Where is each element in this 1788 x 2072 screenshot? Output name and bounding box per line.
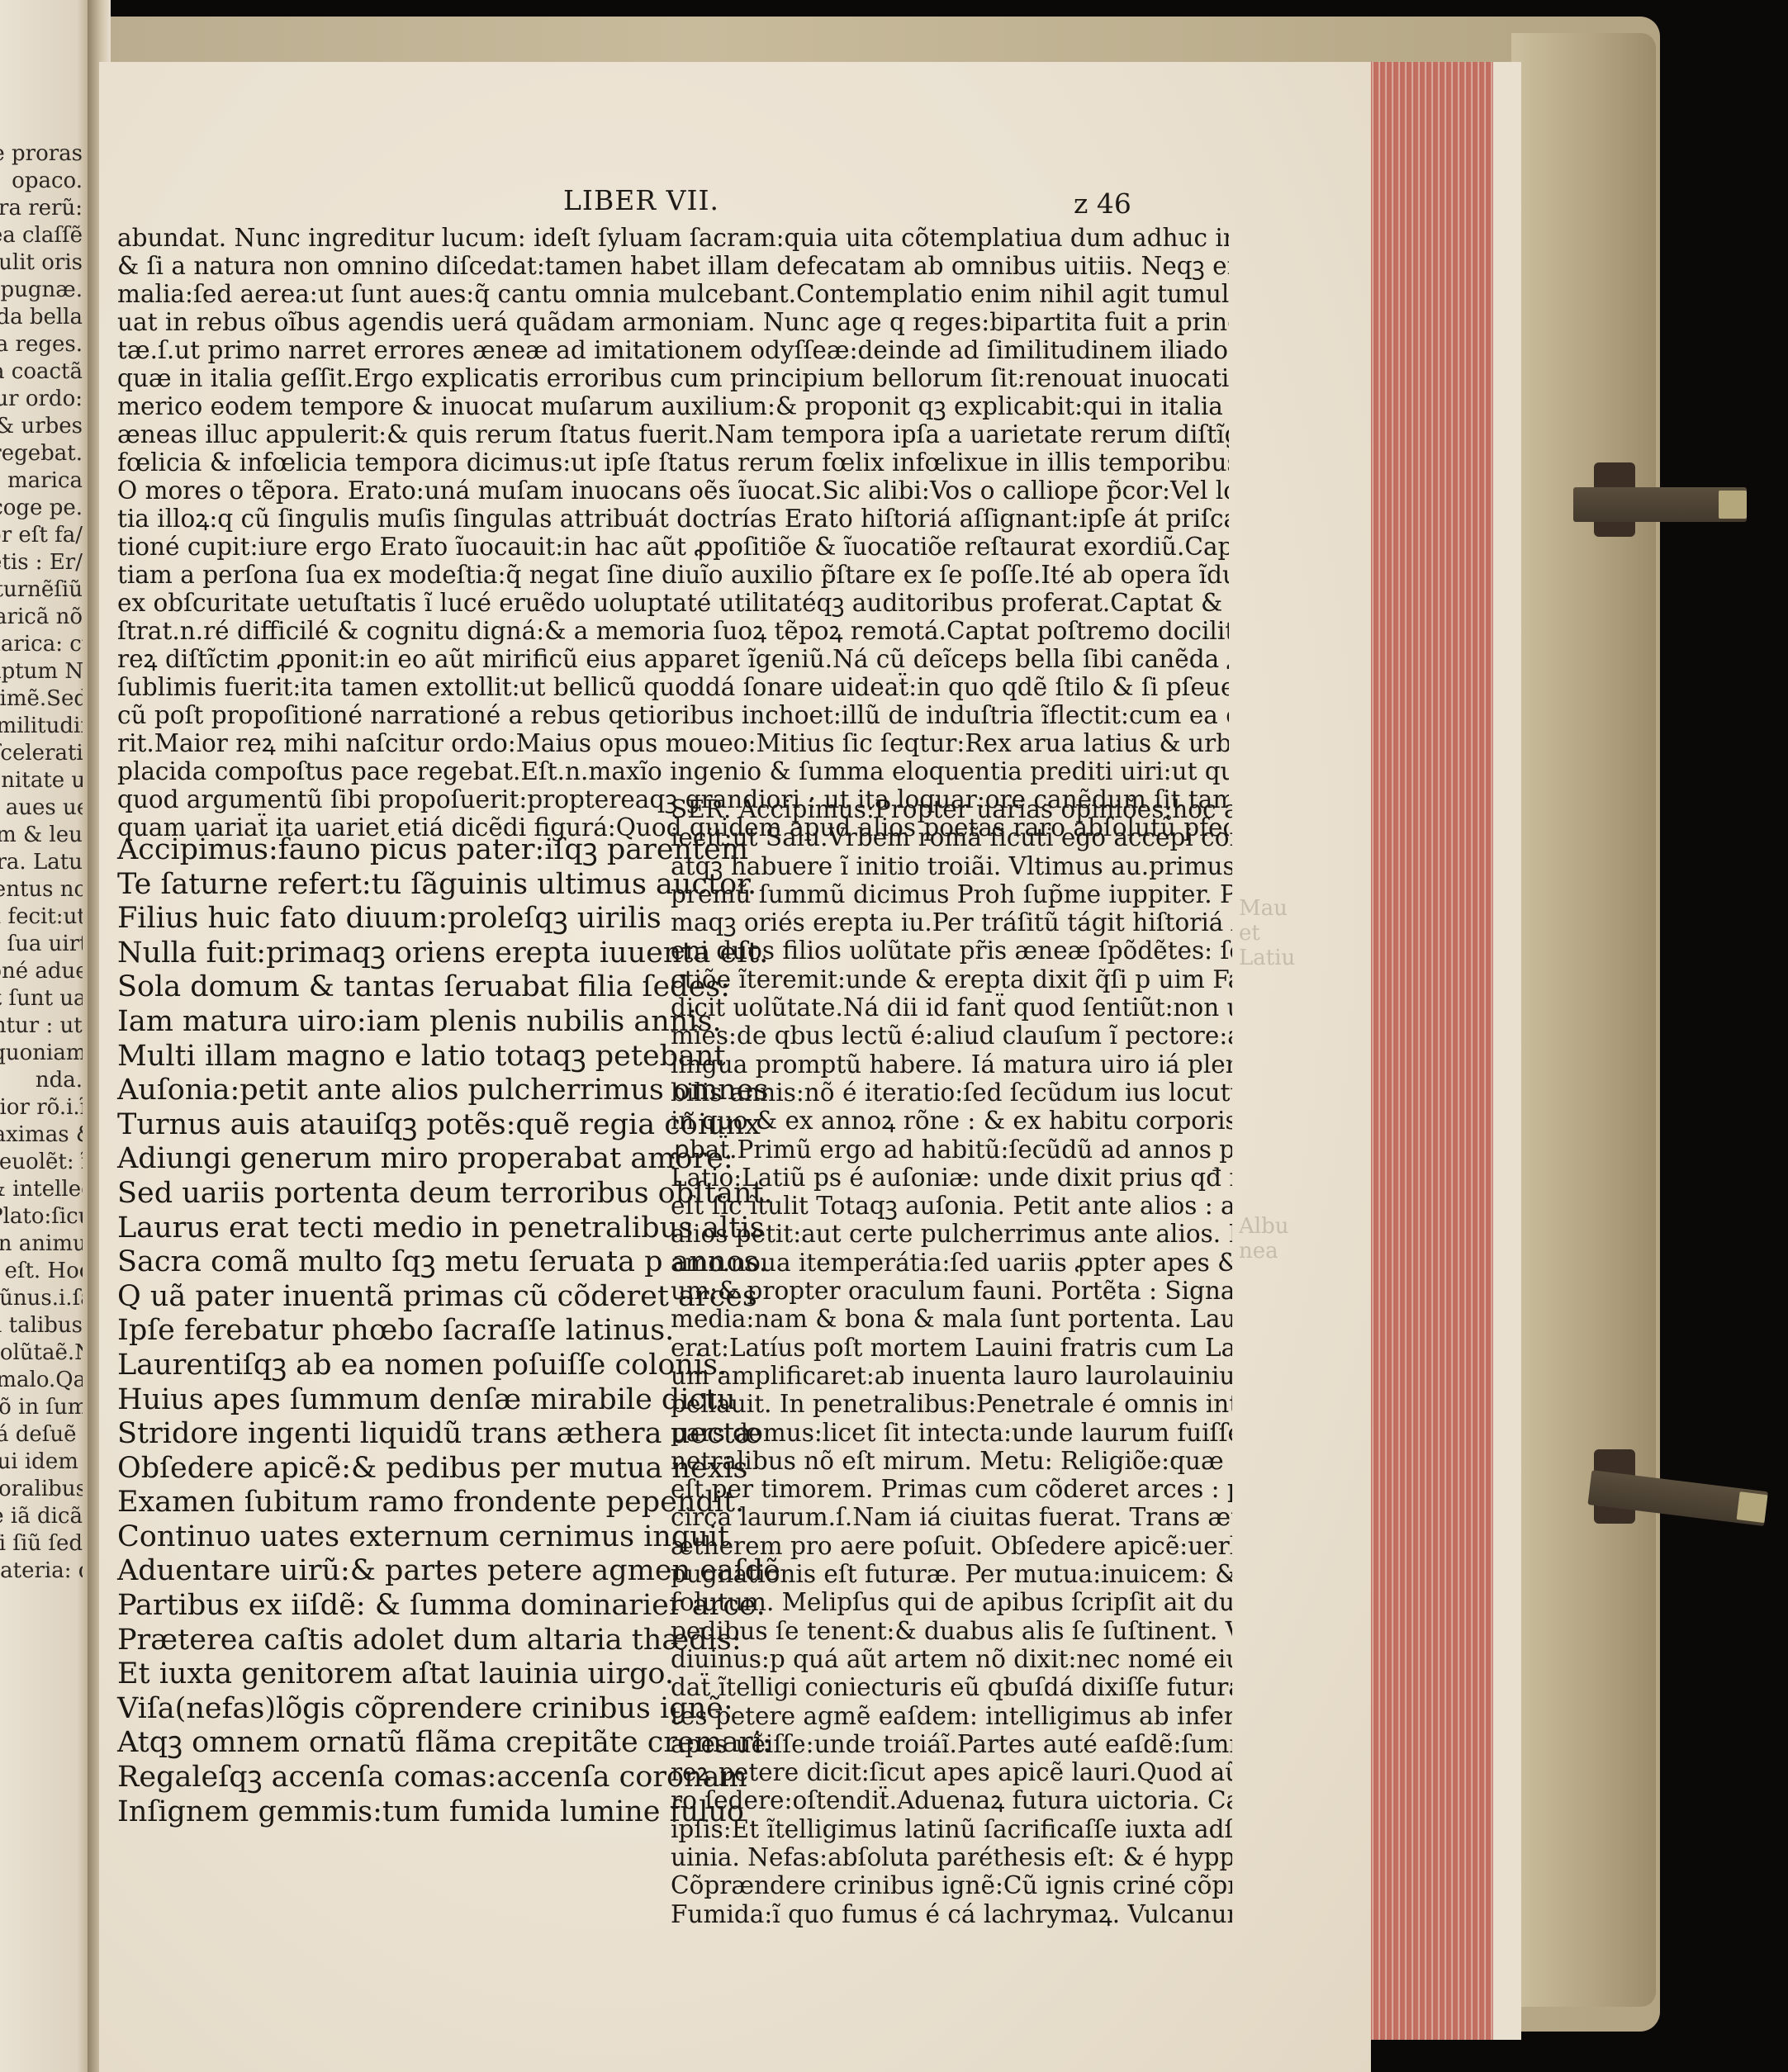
commentary-line: in quo & ex annoꝝ rõne : & ex habitu cor… [671, 1107, 1232, 1135]
facing-page-line: tis miturnẽſiũ [0, 576, 83, 604]
commentary-line: reꝝ diſtĩctim ꝓponit:in eo aũt mirificũ … [117, 645, 1229, 673]
verse-line: Ipſe ferebatur phœbo ſacraſſe latinus. [117, 1314, 679, 1349]
commentary-line: bilis annis:nõ é iteratio:ſed ſecũdum iu… [671, 1079, 1232, 1107]
facing-page-line: ityre coge pe. [0, 495, 83, 522]
verse-line: Iam matura uiro:iam plenis nubilis annis… [117, 1005, 679, 1040]
facing-page-line: h ibeantur : ut di [0, 1012, 83, 1040]
facing-page-line: dextram & leuam a [0, 822, 83, 849]
commentary-line: diuinus:p quá aũt artem nõ dixit:nec nom… [671, 1645, 1232, 1673]
facing-page-line: ris.i.a talibus [0, 1312, 83, 1339]
facing-page-line: s:aduẽa claſſẽ [0, 222, 83, 249]
commentary-line: reꝝ petere dicit:ſicut apes apicẽ lauri.… [671, 1758, 1232, 1786]
facing-page-line: ui ſpecimẽ.Sed qa [0, 685, 83, 713]
facing-page-line: mam uolũtaẽ.Nam [0, 1339, 83, 1367]
verse-line: Regaleſqꝫ accenſa comas:accenſa coronam [117, 1761, 679, 1795]
commentary-line: tæ.ſ.ut primo narret errores æneæ ad imi… [117, 336, 1229, 364]
facing-page-line: uni maricã nõ [0, 604, 83, 631]
verse-line: Aduentare uirũ:& partes petere agmen eaſ… [117, 1554, 679, 1589]
verse-line: Adiungi generum miro properabat amore: [117, 1142, 679, 1177]
facing-page-line: naſcitur ordo: [0, 386, 83, 413]
verse-line: Multi illam magno e latio totaqꝫ peteban… [117, 1040, 679, 1074]
verse-line: Laurentiſqꝫ ab ea nomen poſuiſſe colonis… [117, 1349, 679, 1383]
facing-page-line: ienſi ſiũ ſed [0, 1530, 83, 1558]
folio-signature: z 46 [1074, 187, 1131, 220]
facing-page-line: :Aethera. Latus: [0, 849, 83, 876]
commentary-line: pars domus:licet ſit intecta:unde laurum… [671, 1419, 1232, 1447]
verse-line: Filius huic fato diuum:proleſqꝫ uirilis [117, 902, 679, 936]
verse-line: Sola domum & tantas ſeruabat filia ſedes… [117, 970, 679, 1005]
facing-page-line: a.i.ĩ maximas & ẽ [0, 1121, 83, 1149]
commentary-line: premũ ſummũ dicimus Proh ſup̃me iuppiter… [671, 880, 1232, 908]
commentary-line: SER. Accipimus:Propter uarias opiniões:h… [671, 795, 1232, 823]
commentary-line: ctiõe ĩteremit:unde & erepta dixit q̃ſi … [671, 965, 1232, 993]
verse-line: Viſa(nefas)lõgis cõprendere crinibus ign… [117, 1692, 679, 1727]
facing-page-text-fragments: rtere prorasopaco.tempora rerũ:s:aduẽa c… [0, 140, 91, 1585]
facing-page-line: l cælũ euolẽt: ĩuſti [0, 1149, 83, 1176]
facing-page-line: ente marica: cũ [0, 631, 83, 658]
commentary-line: ro ſedere:oſtendiẗ.Aduenaꝝ futura uictor… [671, 1786, 1232, 1814]
commentary-line: quæ in italia geſſit.Ergo explicatis err… [117, 364, 1229, 392]
commentary-line: ſublimis fuerit:ita tamen extollit:ut be… [117, 673, 1229, 701]
commentary-line: ſtrat.n.ré difficilé & cognitu digná:& a… [117, 617, 1229, 645]
commentary-line: uat in rebus oĩbus agendis uerá quãdam a… [117, 308, 1229, 336]
facing-page-line: tempora rerũ: [0, 195, 83, 222]
facing-page-line: appulit oris [0, 249, 83, 277]
commentary-line: netralibus nõ eſt mirum. Metu: Religiõe:… [671, 1447, 1232, 1475]
commentary-line: Fumida:ĩ quo fumus é cá lachrymaꝝ. Vulca… [671, 1900, 1232, 1928]
verse-line: Atqꝫ omnem ornatũ flãma crepitãte cremar… [117, 1726, 679, 1761]
facing-left-page: rtere prorasopaco.tempora rerũ:s:aduẽa c… [0, 0, 91, 2072]
facing-page-line: ponit Plato:ſicut eſt [0, 1203, 83, 1230]
facing-page-line: rat ſcriptum NH/ [0, 658, 83, 685]
commentary-line: iecit:ut Salu.Vrbem romã ſicuti ego acce… [671, 823, 1232, 851]
commentary-line: uinia. Nefas:abſoluta paréthesis eſt: & … [671, 1843, 1232, 1871]
verse-line: Inſignem gemmis:tum fumida lumine fuluo [117, 1795, 679, 1830]
facing-page-line: nda. [0, 1067, 83, 1094]
verse-line: Nulla fuit:primaqꝫ oriens erepta iuuenta… [117, 936, 679, 971]
facing-page-line: ordia pugnæ. [0, 277, 83, 304]
page-header: LIBER VII. z 46 [99, 184, 1371, 217]
facing-page-line: orrida bella [0, 304, 83, 331]
commentary-line: O mores o tẽpora. Erato:uná muſam inuoca… [117, 477, 1229, 505]
commentary-line: cũ poſt propoſitioné narrationé a rebus … [117, 701, 1229, 729]
commentary-line: lingua promptũ habere. Iá matura uiro iá… [671, 1050, 1232, 1079]
verse-line: Stridore ingenti liquidũ trans æthera ue… [117, 1417, 679, 1452]
verse-line: Laurus erat tecti medio in penetralibus … [117, 1211, 679, 1246]
commentary-line: eſt ſic ĩtulit Totaqꝫ auſonia. Petit ant… [671, 1192, 1232, 1220]
clasp-tip-icon [1737, 1491, 1768, 1523]
facing-page-line: ſium ſimilitudine. [0, 713, 83, 740]
verse-line: Examen ſubitum ramo frondente pependit. [117, 1486, 679, 1520]
facing-page-line: eloquẽtis : Er/ [0, 549, 83, 576]
binding-fore-edge [1511, 33, 1656, 2007]
commentary-line: um:& propter oraculum fauni. Portẽta : S… [671, 1277, 1232, 1305]
verse-line: Accipimus:fauno picus pater:iſqꝫ parente… [117, 833, 679, 868]
commentary-line: alios petit:aut certe pulcherrimus ante … [671, 1220, 1232, 1248]
running-head: LIBER VII. [563, 184, 719, 216]
verse-line: Huius apes ſummum denſæ mirabile dictu [117, 1383, 679, 1418]
commentary-line: abundat. Nunc ingreditur lucum: ideſt ſy… [117, 224, 1229, 252]
commentary-line: ipſis:Et ĩtelligimus latinũ ſacrificaſſe… [671, 1815, 1232, 1843]
commentary-line: um amplificaret:ab inuenta lauro laurola… [671, 1362, 1232, 1390]
commentary-line: maqꝫ oriés erepta iu.Per tráſitũ tágit h… [671, 908, 1232, 936]
commentary-line: tia illoꝝ:q cũ ſingulis muſis ſingulas a… [117, 505, 1229, 533]
commentary-line: atqꝫ habuere ĩ initio troiãi. Vltimus au… [671, 852, 1232, 880]
facing-page-line: nt:ut hõ in ſumma natu [0, 1394, 83, 1421]
commentary-line: dicit uolũtate.Ná dii id fanẗ quod ſenti… [671, 993, 1232, 1022]
verse-line: Partibus ex iiſdẽ: & ſumma dominarier ar… [117, 1589, 679, 1624]
commentary-top-block: abundat. Nunc ingreditur lucum: ideſt ſy… [117, 224, 1229, 842]
verse-column: Accipimus:fauno picus pater:iſqꝫ parente… [117, 833, 679, 1829]
verse-line: Turnus auis atauiſqꝫ potẽs:quẽ regia cõi… [117, 1108, 679, 1143]
commentary-line: tioné cupit:iure ergo Erato ĩuocauit:in … [117, 533, 1229, 561]
facing-page-line: ente iã dicã [0, 1503, 83, 1530]
commentary-line: merico eodem tempore & inuocat muſarum a… [117, 392, 1229, 420]
clasp-upper [1573, 487, 1747, 522]
commentary-line: eni duos filios uolũtate pr̃is æneæ ſpõd… [671, 936, 1232, 965]
red-stained-fore-edge [1369, 62, 1493, 2040]
commentary-line: daẗ ĩtelligi coniecturis eũ qbuſdá dixiſ… [671, 1673, 1232, 1701]
verse-line: Et iuxta genitorem aſtat lauinia uirgo. [117, 1657, 679, 1692]
verse-line: Sed uariis portenta deum terroribus obſt… [117, 1177, 679, 1211]
commentary-line: mĩes:de qbus lectũ é:aliud clauſum ĩ pec… [671, 1022, 1232, 1050]
commentary-column: SER. Accipimus:Propter uarias opiniões:h… [671, 795, 1232, 1928]
facing-page-line: nem: & intellectuas [0, 1176, 83, 1203]
commentary-line: ſolutum. Melipſus qui de apibus ſcripſit… [671, 1588, 1232, 1616]
facing-page-line: regrini ſua uirtu/ [0, 931, 83, 958]
commentary-line: placida compoſtus pace regebat.Eſt.n.max… [117, 757, 1229, 785]
commentary-line: æneas illuc appulerit:& quis rerum ſtatu… [117, 420, 1229, 448]
commentary-line: circa laurum.ſ.Nam iá ciuitas fuerat. Tr… [671, 1503, 1232, 1531]
facing-page-line: ra & lenitate uenti. [0, 767, 83, 794]
commentary-line: & ſi a natura non omnino diſcedat:tamen … [117, 252, 1229, 280]
facing-page-line: us uxor eſt fa/ [0, 522, 83, 549]
commentary-line: erat:Latíus poſt mortem Lauini fratris c… [671, 1334, 1232, 1362]
commentary-line: amo.noua itemperátia:ſed uariis ꝓpter ap… [671, 1249, 1232, 1277]
facing-page-line: tionem fecit:ut le [0, 903, 83, 931]
facing-page-line: is: Arqui idem co [0, 1449, 83, 1476]
verse-line: Auſonia:petit ante alios pulcherrimus om… [117, 1074, 679, 1108]
commentary-line: Latio:Latiũ ps é auſoniæ: unde dixit pri… [671, 1164, 1232, 1192]
commentary-line: ex obſcuritate uetuſtatis ĩ lucé eruẽdo … [117, 589, 1229, 617]
facing-page-line: tneqꝫ ſceleratis erát [0, 740, 83, 767]
commentary-line: tes petere agmẽ eaſdem: intelligimus ab … [671, 1702, 1232, 1730]
facing-page-line: ĩ : & ut ſunt uates [0, 985, 83, 1012]
clasp-tip-icon [1719, 491, 1747, 519]
facing-page-line: Ná ſupior rõ.i.ĩpſe [0, 1094, 83, 1121]
facing-page-line: .Nam in animum [0, 1230, 83, 1258]
commentary-line: eſt per timorem. Primas cum cõderet arce… [671, 1475, 1232, 1503]
facing-page-line: m aduentus noui [0, 876, 83, 903]
facing-page-line: taté illá deſuẽ claſſis [0, 1421, 83, 1449]
commentary-line: rit.Maior reꝝ mihi naſcitur ordo:Maius o… [117, 729, 1229, 757]
facing-page-line: uitato malo.Qapp [0, 1367, 83, 1394]
show-through-text: Mau et Latiu [1239, 896, 1295, 970]
facing-page-line: eneæ quoniam ti [0, 1040, 83, 1067]
facing-page-line: irẽte marica [0, 467, 83, 495]
facing-page-line: unera reges. [0, 331, 83, 358]
commentary-line: Cõprændere crinibus ignẽ:Cũ ignis criné … [671, 1871, 1232, 1899]
commentary-line: pugnationis eſt futuræ. Per mutua:inuice… [671, 1560, 1232, 1588]
show-through-text: Albu nea [1239, 1214, 1288, 1264]
facing-page-line: e regebat. [0, 440, 83, 467]
facing-page-line: i nefas eſt. Hoc idem [0, 1258, 83, 1285]
commentary-line: malia:ſed aerea:ut ſunt aues:q̃ cantu om… [117, 280, 1229, 308]
commentary-line: ꝓbaẗ.Primũ ergo ad habitũ:ſecũdũ ad anno… [671, 1136, 1232, 1164]
commentary-line: ætherem pro aere poſuit. Obſedere apicẽ:… [671, 1532, 1232, 1560]
verse-line: Obſedere apicẽ:& pedibus per mutua nexis [117, 1452, 679, 1486]
facing-page-line: iſi iunoné aduer [0, 958, 83, 985]
facing-page-line: ã ſiã materia: qu [0, 1558, 83, 1585]
commentary-line: tiam a perſona ſua ex modeſtia:q̃ negat … [117, 561, 1229, 589]
verse-line: Continuo uates externum cernimus inquit [117, 1520, 679, 1555]
recto-page: LIBER VII. z 46 abundat. Nunc ingreditur… [99, 62, 1371, 2072]
page-edge [1493, 62, 1521, 2040]
facing-page-line: equi & aues uenien [0, 794, 83, 822]
facing-page-line: arma coactã [0, 358, 83, 386]
facing-page-line: ibus moralibus pp [0, 1476, 83, 1503]
facing-page-line: rtere proras [0, 140, 83, 168]
commentary-line: pedibus ſe tenent:& duabus alis ſe ſuſti… [671, 1617, 1232, 1645]
facing-page-line: opaco. [0, 168, 83, 195]
commentary-line: apes uẽiſſe:unde troiáĩ.Partes auté eaſd… [671, 1730, 1232, 1758]
commentary-line: pellauit. In penetralibus:Penetrale é om… [671, 1390, 1232, 1418]
verse-line: Q uã pater inuentã primas cũ cõderet arc… [117, 1280, 679, 1315]
verse-line: Sacra comã multo ſqꝫ metu ſeruata p anno… [117, 1245, 679, 1280]
facing-page-line: nus & urbes [0, 413, 83, 440]
commentary-line: media:nam & bona & mala ſunt portenta. L… [671, 1305, 1232, 1333]
verse-line: Te ſaturne refert:tu ſãguinis ultimus au… [117, 868, 679, 903]
verse-line: Præterea caſtis adolet dum altaria thædi… [117, 1624, 679, 1658]
commentary-line: fœlicia & infœlicia tempora dicimus:ut i… [117, 448, 1229, 477]
facing-page-line: o Neptũnus.i.ſapiẽta [0, 1285, 83, 1312]
